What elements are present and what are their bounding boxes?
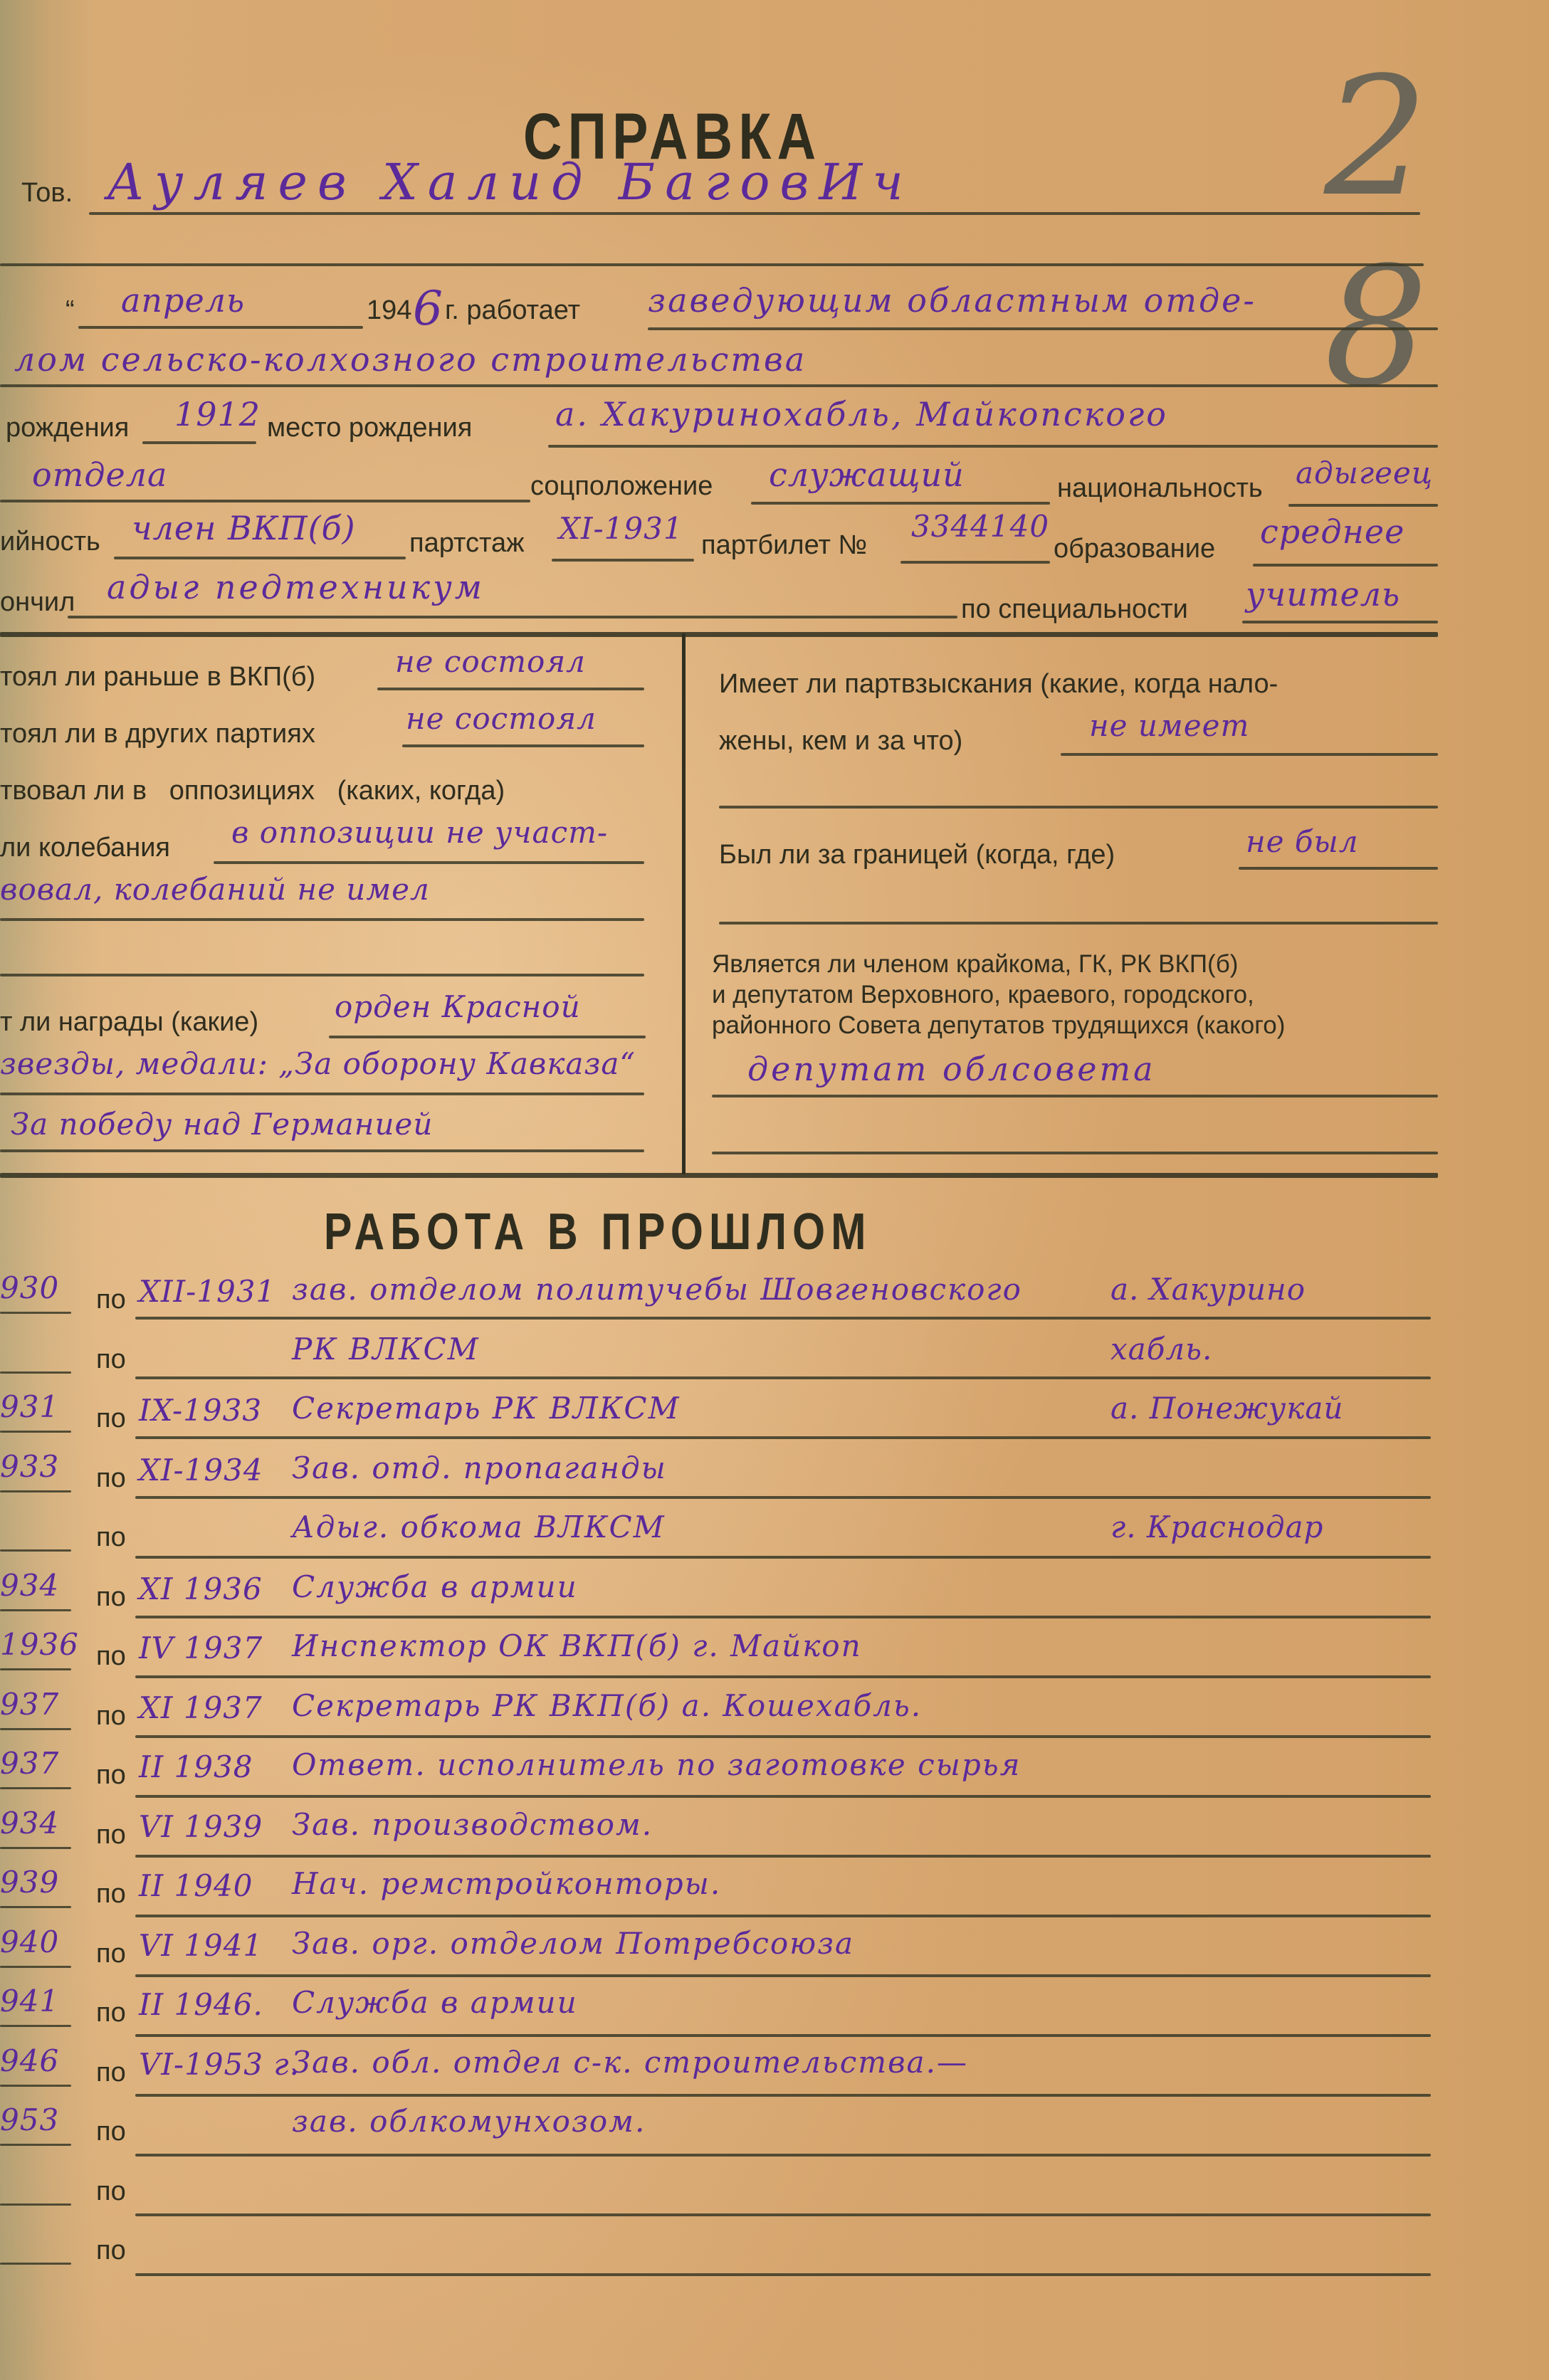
answer-awards-cont2[interactable]: За победу над Германией — [11, 1107, 433, 1142]
to-underline — [135, 2154, 1431, 2157]
from-underline — [0, 1966, 71, 1968]
work-from[interactable]: 934 — [0, 1806, 59, 1841]
work-from[interactable]: 939 — [0, 1865, 59, 1900]
work-position[interactable]: Нач. ремстройконторы. — [292, 1866, 721, 1901]
to-underline — [135, 1974, 1431, 1977]
to-label: по — [96, 2117, 126, 2147]
specialty-underline — [1242, 621, 1438, 623]
position-line-1[interactable]: заведующим областным отде- — [648, 281, 1256, 320]
work-from[interactable]: 934 — [0, 1568, 59, 1603]
work-to[interactable]: XII-1931 — [139, 1274, 275, 1309]
work-place[interactable]: а. Хакурино — [1110, 1272, 1306, 1307]
to-label: по — [96, 1582, 126, 1613]
work-position[interactable]: Зав. орг. отделом Потребсоюза — [292, 1926, 854, 1961]
q4-underline — [214, 861, 644, 864]
work-position[interactable]: Зав. производством. — [292, 1807, 653, 1842]
from-underline — [0, 2025, 71, 2027]
question-oppositions: твовал ли в оппозициях (каких, когда) — [0, 776, 505, 806]
position-underline-2 — [0, 384, 1438, 387]
to-underline — [135, 1855, 1431, 1858]
answer-abroad[interactable]: не был — [1246, 824, 1358, 859]
to-underline — [135, 1496, 1431, 1499]
to-label: по — [96, 1820, 126, 1850]
works-label: г. работает — [445, 295, 580, 326]
to-underline — [135, 1735, 1431, 1738]
party-membership-value[interactable]: член ВКП(б) — [132, 509, 356, 547]
from-underline — [0, 1787, 71, 1789]
education-label: образование — [1054, 534, 1215, 564]
work-position[interactable]: Ответ. исполнитель по заготовке сырья — [292, 1747, 1021, 1782]
work-position[interactable]: Секретарь РК ВКП(б) а. Кошехабль. — [292, 1688, 922, 1723]
to-underline — [135, 1317, 1431, 1320]
work-position[interactable]: Секретарь РК ВЛКСМ — [292, 1391, 680, 1426]
to-label: по — [96, 1285, 126, 1315]
comrade-label: Тов. — [21, 178, 73, 209]
to-label: по — [96, 1760, 126, 1791]
work-from[interactable]: 937 — [0, 1746, 59, 1781]
nationality-underline — [1288, 504, 1438, 507]
birth-year-label: рождения — [6, 413, 129, 443]
question-other-parties: тоял ли в других партиях — [0, 719, 315, 749]
to-underline — [135, 1675, 1431, 1678]
work-from[interactable]: 933 — [0, 1449, 59, 1484]
to-label: по — [96, 2176, 126, 2207]
to-underline — [135, 2034, 1431, 2037]
work-to[interactable]: VI 1939 — [139, 1809, 263, 1844]
work-position[interactable]: РК ВЛКСМ — [292, 1332, 480, 1367]
q5-underline-2 — [0, 1092, 644, 1095]
from-underline — [0, 1371, 71, 1374]
party-card-label: партбилет № — [701, 530, 867, 561]
question-membership-cont: и депутатом Верховного, краевого, городс… — [712, 981, 1254, 1009]
question-membership-cont2: районного Совета депутатов трудящихся (к… — [712, 1011, 1285, 1040]
rq1-underline — [1061, 753, 1438, 756]
nationality-value[interactable]: адыгеец — [1296, 456, 1433, 490]
question-hesitations: ли колебания — [0, 833, 170, 863]
question-awards: т ли награды (какие) — [0, 1007, 258, 1038]
answer-membership[interactable]: депутат облсовета — [747, 1050, 1156, 1088]
rq1-underline-2 — [719, 806, 1438, 809]
to-label: по — [96, 1879, 126, 1910]
answer-previously-in-party[interactable]: не состоял — [395, 644, 586, 679]
answer-penalties[interactable]: не имеет — [1089, 708, 1249, 743]
answer-awards[interactable]: орден Красной — [335, 989, 581, 1024]
work-from[interactable]: 937 — [0, 1687, 59, 1722]
from-underline — [0, 1847, 71, 1849]
page-number: 2 8 — [1324, 43, 1549, 423]
q1-underline — [377, 688, 644, 690]
box-divider — [682, 633, 686, 1174]
work-position[interactable]: Служба в армии — [292, 1985, 578, 2020]
q5-pre-underline — [0, 974, 644, 976]
nationality-label: национальность — [1057, 473, 1263, 504]
to-label: по — [96, 2058, 126, 2088]
question-abroad: Был ли за границей (когда, где) — [719, 840, 1115, 870]
from-underline — [0, 2085, 71, 2087]
question-previously-in-party: тоял ли раньше в ВКП(б) — [0, 662, 315, 693]
to-label: по — [96, 1701, 126, 1732]
from-underline — [0, 1609, 71, 1611]
work-from[interactable]: 1936 — [0, 1627, 79, 1662]
work-position[interactable]: Адыг. обкома ВЛКСМ — [292, 1510, 666, 1544]
work-to[interactable]: IX-1933 — [139, 1393, 262, 1428]
work-from[interactable]: 953 — [0, 2102, 59, 2137]
answer-hesitations-cont[interactable]: вовал, колебаний не имел — [0, 872, 430, 907]
work-place[interactable]: хабль. — [1110, 1332, 1212, 1367]
from-underline — [0, 1549, 71, 1552]
works-month[interactable]: апрель — [121, 281, 245, 320]
to-label: по — [96, 1522, 126, 1553]
year-printed: 194 — [367, 295, 411, 326]
birth-year[interactable]: 1912 — [174, 395, 261, 433]
to-underline — [135, 2213, 1431, 2216]
position-line-2[interactable]: лом сельско-колхозного строительства — [14, 340, 807, 379]
to-underline — [135, 2094, 1431, 2097]
education-underline — [1253, 564, 1438, 567]
social-underline-a — [0, 500, 530, 502]
work-to[interactable]: II 1940 — [139, 1868, 253, 1903]
to-underline — [135, 1376, 1431, 1379]
school-value[interactable]: адыг педтехникум — [107, 568, 485, 606]
social-underline-b — [751, 502, 1050, 505]
work-position[interactable]: Зав. отд. пропаганды — [292, 1450, 667, 1485]
birth-place-underline — [548, 445, 1438, 448]
answer-other-parties[interactable]: не состоял — [406, 701, 597, 736]
party-tenure-value[interactable]: XI-1931 — [559, 511, 683, 546]
work-to[interactable]: XI 1936 — [139, 1571, 263, 1606]
box-bottom-border — [0, 1173, 1438, 1178]
work-to[interactable]: VI 1941 — [139, 1928, 263, 1963]
quote-mark: “ — [65, 295, 75, 326]
work-from[interactable]: 931 — [0, 1389, 59, 1424]
to-label: по — [96, 2236, 126, 2266]
answer-awards-cont[interactable]: звезды, медали: „За оборону Кавказа“ — [0, 1046, 636, 1081]
birth-year-underline — [142, 441, 256, 444]
party-tenure-label: партстаж — [409, 528, 525, 559]
to-label: по — [96, 1939, 126, 1969]
work-to[interactable]: II 1946. — [139, 1987, 263, 2022]
to-label: по — [96, 1404, 126, 1434]
q5-underline — [329, 1036, 646, 1038]
to-label: по — [96, 1998, 126, 2028]
work-to[interactable]: IV 1937 — [139, 1631, 263, 1665]
from-underline — [0, 2144, 71, 2146]
school-underline — [68, 616, 957, 618]
work-from[interactable]: 940 — [0, 1924, 59, 1959]
to-underline — [135, 1556, 1431, 1559]
comrade-underline — [89, 212, 1420, 215]
party-membership-label: ийность — [0, 527, 100, 557]
birth-place-line-1[interactable]: а. Хакуринохабль, Майкопского — [555, 395, 1168, 433]
work-position[interactable]: Служба в армии — [292, 1569, 578, 1604]
to-underline — [135, 1915, 1431, 1917]
to-label: по — [96, 1641, 126, 1672]
party-tenure-underline — [552, 559, 694, 562]
q5-underline-3 — [0, 1149, 644, 1152]
work-history-title: РАБОТА В ПРОШЛОМ — [324, 1203, 872, 1261]
rq3-underline-2 — [712, 1152, 1438, 1154]
work-from[interactable]: 946 — [0, 2043, 59, 2078]
party-card-value[interactable]: 3344140 — [911, 509, 1049, 544]
specialty-value[interactable]: учитель — [1246, 575, 1400, 614]
from-underline — [0, 1668, 71, 1670]
work-position[interactable]: Зав. обл. отдел с-к. строительства.— — [292, 2045, 968, 2080]
party-card-underline — [900, 561, 1050, 564]
from-underline — [0, 1312, 71, 1314]
rq2-underline-2 — [719, 922, 1438, 925]
from-underline — [0, 1728, 71, 1730]
from-underline — [0, 1490, 71, 1492]
rq3-underline — [712, 1095, 1438, 1097]
question-penalties: Имеет ли партвзыскания (какие, когда нал… — [719, 669, 1278, 700]
work-place[interactable]: а. Понежукай — [1110, 1391, 1343, 1426]
education-value[interactable]: среднее — [1260, 512, 1404, 551]
birth-place-line-2[interactable]: отдела — [32, 456, 167, 494]
work-to[interactable]: VI-1953 г. — [139, 2047, 300, 2082]
from-underline — [0, 2203, 71, 2206]
work-to[interactable]: XI 1937 — [139, 1690, 263, 1725]
work-place[interactable]: г. Краснодар — [1110, 1510, 1323, 1544]
social-value[interactable]: служащий — [769, 456, 965, 494]
to-label: по — [96, 1463, 126, 1494]
q4-underline-2 — [0, 918, 644, 921]
to-underline — [135, 1436, 1431, 1439]
social-label: соцположение — [530, 471, 713, 502]
party-membership-underline — [114, 557, 406, 559]
q2-underline — [402, 744, 644, 747]
comrade-name[interactable]: Ауляев Халид БаговИч — [107, 153, 913, 211]
question-penalties-cont: жены, кем и за что) — [719, 726, 962, 757]
work-to[interactable]: II 1938 — [139, 1749, 253, 1784]
work-position[interactable]: зав. облкомунхозом. — [292, 2104, 646, 2139]
work-position[interactable]: Инспектор ОК ВКП(б) г. Майкоп — [292, 1628, 862, 1663]
box-top-border — [0, 632, 1438, 637]
rq2-underline — [1239, 867, 1438, 870]
question-membership: Является ли членом крайкома, ГК, РК ВКП(… — [712, 950, 1238, 979]
from-underline — [0, 2263, 71, 2265]
birth-place-label: место рождения — [267, 413, 472, 443]
separator-line — [0, 263, 1424, 266]
to-underline — [135, 1616, 1431, 1618]
school-label: ончил — [0, 587, 75, 618]
year-handwritten[interactable]: 6 — [413, 281, 443, 336]
to-label: по — [96, 1344, 126, 1375]
work-from[interactable]: 941 — [0, 1984, 59, 2018]
specialty-label: по специальности — [961, 594, 1188, 625]
month-underline — [78, 326, 363, 329]
from-underline — [0, 1431, 71, 1433]
work-from[interactable]: 930 — [0, 1270, 59, 1305]
work-position[interactable]: зав. отделом политучебы Шовгеновского — [292, 1272, 1022, 1307]
from-underline — [0, 1906, 71, 1908]
position-underline-1 — [648, 327, 1438, 330]
to-underline — [135, 1795, 1431, 1798]
work-to[interactable]: XI-1934 — [139, 1453, 263, 1487]
to-underline — [135, 2273, 1431, 2276]
answer-hesitations[interactable]: в оппозиции не участ- — [231, 815, 608, 850]
